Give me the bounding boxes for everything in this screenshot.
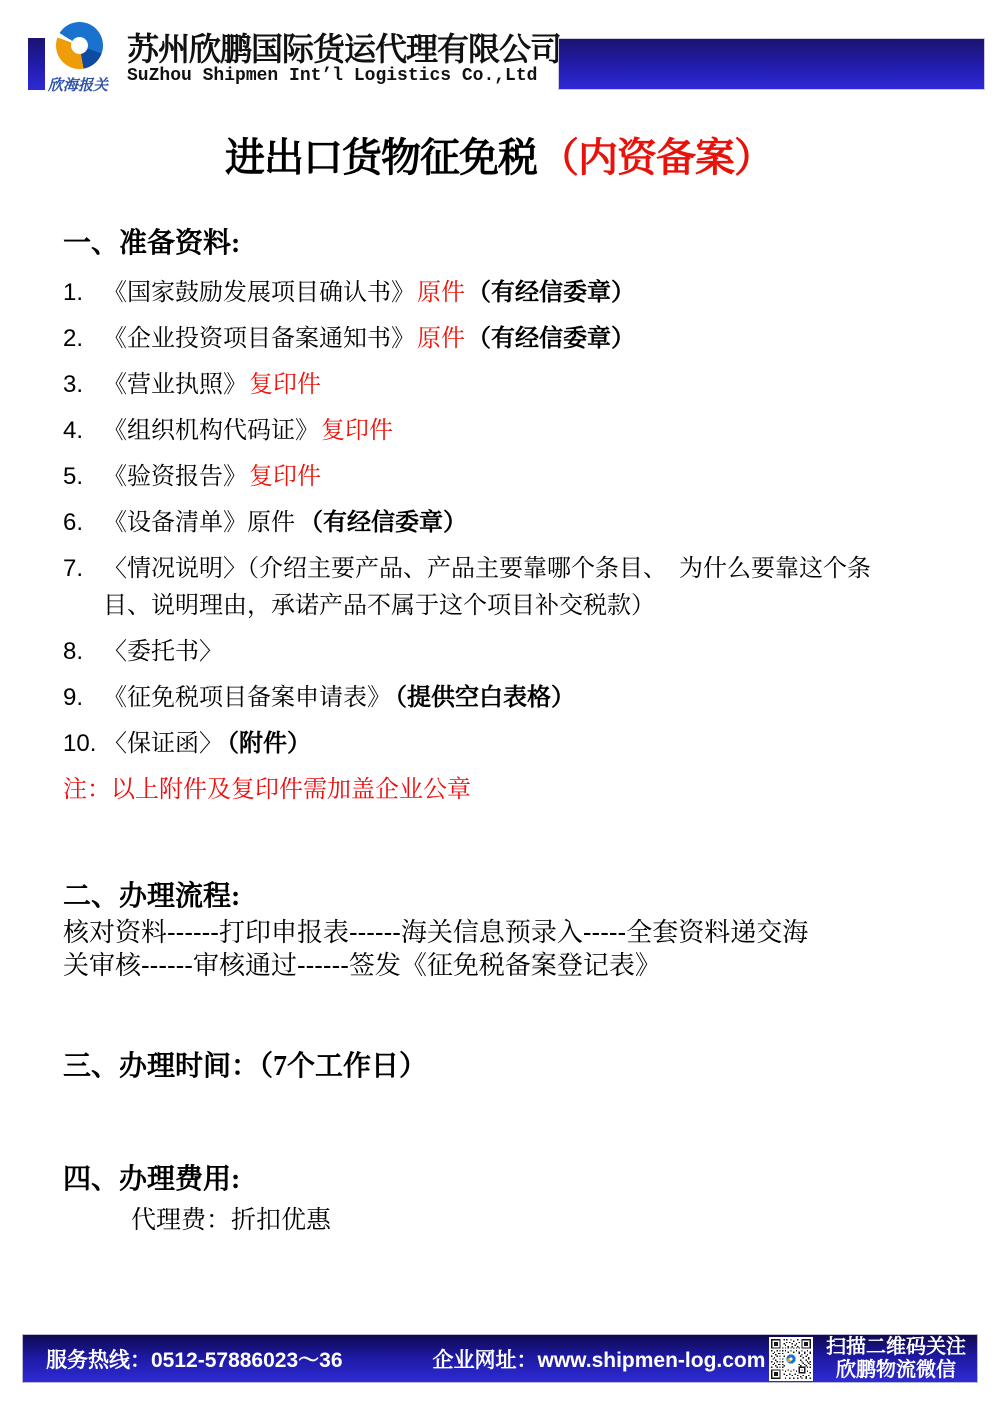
item-text: 《设备清单》原件（有经信委章）: [103, 504, 467, 541]
page-title: 进出口货物征免税（内资备案）: [0, 132, 1000, 184]
item-text: 《征免税项目备案申请表》（提供空白表格）: [103, 679, 575, 716]
item-text: 《组织机构代码证》复印件: [103, 412, 395, 449]
item-number: 7.: [63, 550, 103, 624]
section-prep: 一、准备资料: 1.《国家鼓励发展项目确认书》原件（有经信委章） 2.《企业投资…: [63, 226, 940, 809]
section-process-heading: 二、办理流程:: [63, 879, 940, 915]
item-text-red: 复印件: [249, 371, 321, 398]
item-number: 9.: [63, 679, 103, 716]
section-fee-heading: 四、办理费用:: [63, 1162, 940, 1198]
content: 一、准备资料: 1.《国家鼓励发展项目确认书》原件（有经信委章） 2.《企业投资…: [63, 226, 940, 1236]
item-text: 《营业执照》复印件: [103, 366, 323, 403]
item-text-bold: （附件）: [227, 730, 311, 757]
item-text-black: 《征免税项目备案申请表》: [103, 684, 391, 711]
page: 欣海报关 苏州欣鹏国际货运代理有限公司 SuZhou Shipmen Int’l…: [0, 0, 1000, 1415]
footer: 服务热线：0512-57886023～36 企业网址：www.shipmen-l…: [22, 1334, 978, 1383]
qr-caption-line2: 欣鹏物流微信: [821, 1359, 971, 1382]
qr-caption-line1: 扫描二维码关注: [821, 1336, 971, 1359]
list-item: 7.〈情况说明〉（介绍主要产品、产品主要靠哪个条目、 为什么要靠这个条目、说明理…: [63, 550, 940, 624]
section-time-heading: 三、办理时间：（7个工作日）: [63, 1049, 940, 1085]
list-item: 6.《设备清单》原件（有经信委章）: [63, 504, 940, 541]
company-logo-swirl-icon: [56, 22, 103, 69]
process-flow-text: 核对资料------打印申报表------海关信息预录入-----全套资料递交海…: [63, 916, 818, 982]
item-text: 〈情况说明〉（介绍主要产品、产品主要靠哪个条目、 为什么要靠这个条目、说明理由，…: [103, 550, 883, 624]
item-text-red: 复印件: [249, 463, 321, 490]
item-text-bold: （有经信委章）: [467, 279, 635, 306]
section-prep-heading: 一、准备资料:: [63, 226, 940, 262]
logo-caption: 欣海报关: [28, 74, 128, 95]
header: 欣海报关 苏州欣鹏国际货运代理有限公司 SuZhou Shipmen Int’l…: [0, 0, 1000, 112]
wechat-qr-code-icon: [769, 1337, 813, 1381]
item-number: 2.: [63, 320, 103, 357]
item-text-black: 《组织机构代码证》: [103, 417, 319, 444]
item-text: 《验资报告》复印件: [103, 458, 323, 495]
service-hotline: 服务热线：0512-57886023～36: [46, 1344, 343, 1374]
company-website: 企业网址：www.shipmen-log.com: [433, 1344, 766, 1374]
item-text-black: 〈情况说明〉（介绍主要产品、产品主要靠哪个条目、 为什么要靠这个条目、说明理由，…: [103, 555, 871, 619]
section-time: 三、办理时间：（7个工作日）: [63, 1049, 940, 1085]
company-name-cn: 苏州欣鹏国际货运代理有限公司: [127, 24, 561, 70]
item-text: 〈委托书〉: [103, 633, 227, 670]
list-item: 8.〈委托书〉: [63, 633, 940, 670]
item-number: 3.: [63, 366, 103, 403]
item-text-black: 《验资报告》: [103, 463, 247, 490]
item-text: 《国家鼓励发展项目确认书》原件（有经信委章）: [103, 274, 635, 311]
item-text-bold: （有经信委章）: [467, 325, 635, 352]
list-item: 9.《征免税项目备案申请表》（提供空白表格）: [63, 679, 940, 716]
section-process: 二、办理流程: 核对资料------打印申报表------海关信息预录入----…: [63, 879, 940, 982]
item-text: 〈保证函〉（附件）: [103, 725, 311, 762]
list-item: 5.《验资报告》复印件: [63, 458, 940, 495]
qr-section: 扫描二维码关注 欣鹏物流微信: [769, 1336, 971, 1382]
prep-list: 1.《国家鼓励发展项目确认书》原件（有经信委章） 2.《企业投资项目备案通知书》…: [63, 274, 940, 762]
item-number: 5.: [63, 458, 103, 495]
item-number: 4.: [63, 412, 103, 449]
item-text-black: 《设备清单》原件: [103, 509, 295, 536]
item-text-red: 复印件: [321, 417, 393, 444]
item-text-black: 《营业执照》: [103, 371, 247, 398]
item-text-black: 〈保证函〉: [103, 730, 223, 757]
item-text-red: 原件: [417, 325, 465, 352]
item-number: 10.: [63, 725, 103, 762]
item-text-black: 《企业投资项目备案通知书》: [103, 325, 415, 352]
item-text-black: 〈委托书〉: [103, 638, 223, 665]
item-number: 1.: [63, 274, 103, 311]
item-text-black: 《国家鼓励发展项目确认书》: [103, 279, 415, 306]
company-name-en: SuZhou Shipmen Int’l Logistics Co.,Ltd: [127, 66, 537, 86]
fee-detail: 代理费：折扣优惠: [63, 1204, 940, 1236]
item-number: 6.: [63, 504, 103, 541]
list-item: 10.〈保证函〉（附件）: [63, 725, 940, 762]
list-item: 4.《组织机构代码证》复印件: [63, 412, 940, 449]
item-text-bold: （提供空白表格）: [395, 684, 575, 711]
brand-bar-right: [558, 38, 985, 90]
list-item: 2.《企业投资项目备案通知书》原件（有经信委章）: [63, 320, 940, 357]
item-text-bold: （有经信委章）: [299, 509, 467, 536]
item-number: 8.: [63, 633, 103, 670]
title-highlight: （内资备案）: [539, 135, 773, 180]
title-main: 进出口货物征免税: [225, 135, 537, 180]
list-item: 3.《营业执照》复印件: [63, 366, 940, 403]
item-text: 《企业投资项目备案通知书》原件（有经信委章）: [103, 320, 635, 357]
item-text-red: 原件: [417, 279, 465, 306]
list-item: 1.《国家鼓励发展项目确认书》原件（有经信委章）: [63, 274, 940, 311]
qr-caption: 扫描二维码关注 欣鹏物流微信: [821, 1336, 971, 1382]
section-fee: 四、办理费用: 代理费：折扣优惠: [63, 1162, 940, 1236]
prep-note: 注：以上附件及复印件需加盖企业公章: [63, 771, 940, 809]
